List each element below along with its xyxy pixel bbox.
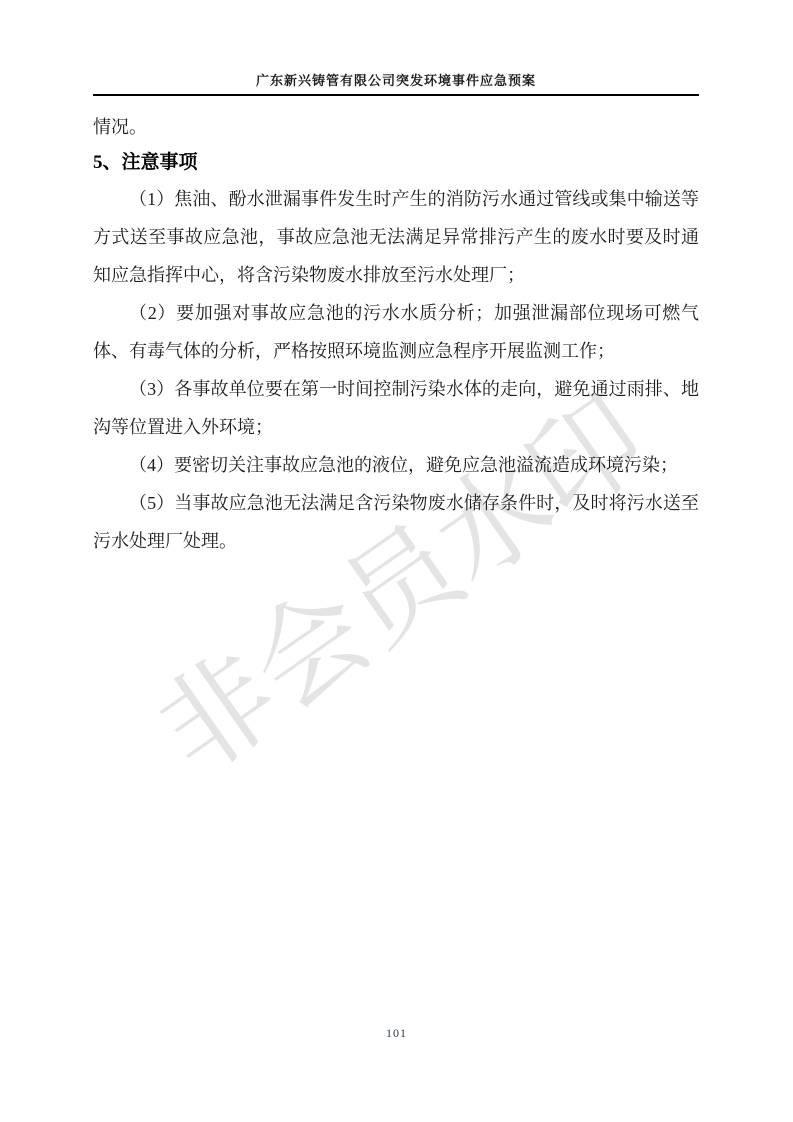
intro-text: 情况。: [93, 108, 699, 146]
header-rule: [93, 94, 699, 96]
header-title: 广东新兴铸管有限公司突发环境事件应急预案: [93, 70, 699, 94]
page-footer: 101: [0, 1024, 793, 1042]
document-body: 情况。 5、注意事项 （1）焦油、酚水泄漏事件发生时产生的消防污水通过管线或集中…: [93, 108, 699, 560]
page-number: 101: [386, 1026, 407, 1040]
paragraph-2: （2）要加强对事故应急池的污水水质分析；加强泄漏部位现场可燃气体、有毒气体的分析…: [93, 294, 699, 370]
paragraph-3: （3）各事故单位要在第一时间控制污染水体的走向，避免通过雨排、地沟等位置进入外环…: [93, 370, 699, 446]
paragraph-1: （1）焦油、酚水泄漏事件发生时产生的消防污水通过管线或集中输送等方式送至事故应急…: [93, 180, 699, 294]
document-page: 非会员水印 广东新兴铸管有限公司突发环境事件应急预案 情况。 5、注意事项 （1…: [0, 0, 793, 1122]
paragraph-5: （5）当事故应急池无法满足含污染物废水储存条件时，及时将污水送至污水处理厂处理。: [93, 484, 699, 560]
paragraph-4: （4）要密切关注事故应急池的液位，避免应急池溢流造成环境污染；: [93, 446, 699, 484]
page-header: 广东新兴铸管有限公司突发环境事件应急预案: [93, 70, 699, 96]
section-heading: 5、注意事项: [93, 146, 699, 180]
